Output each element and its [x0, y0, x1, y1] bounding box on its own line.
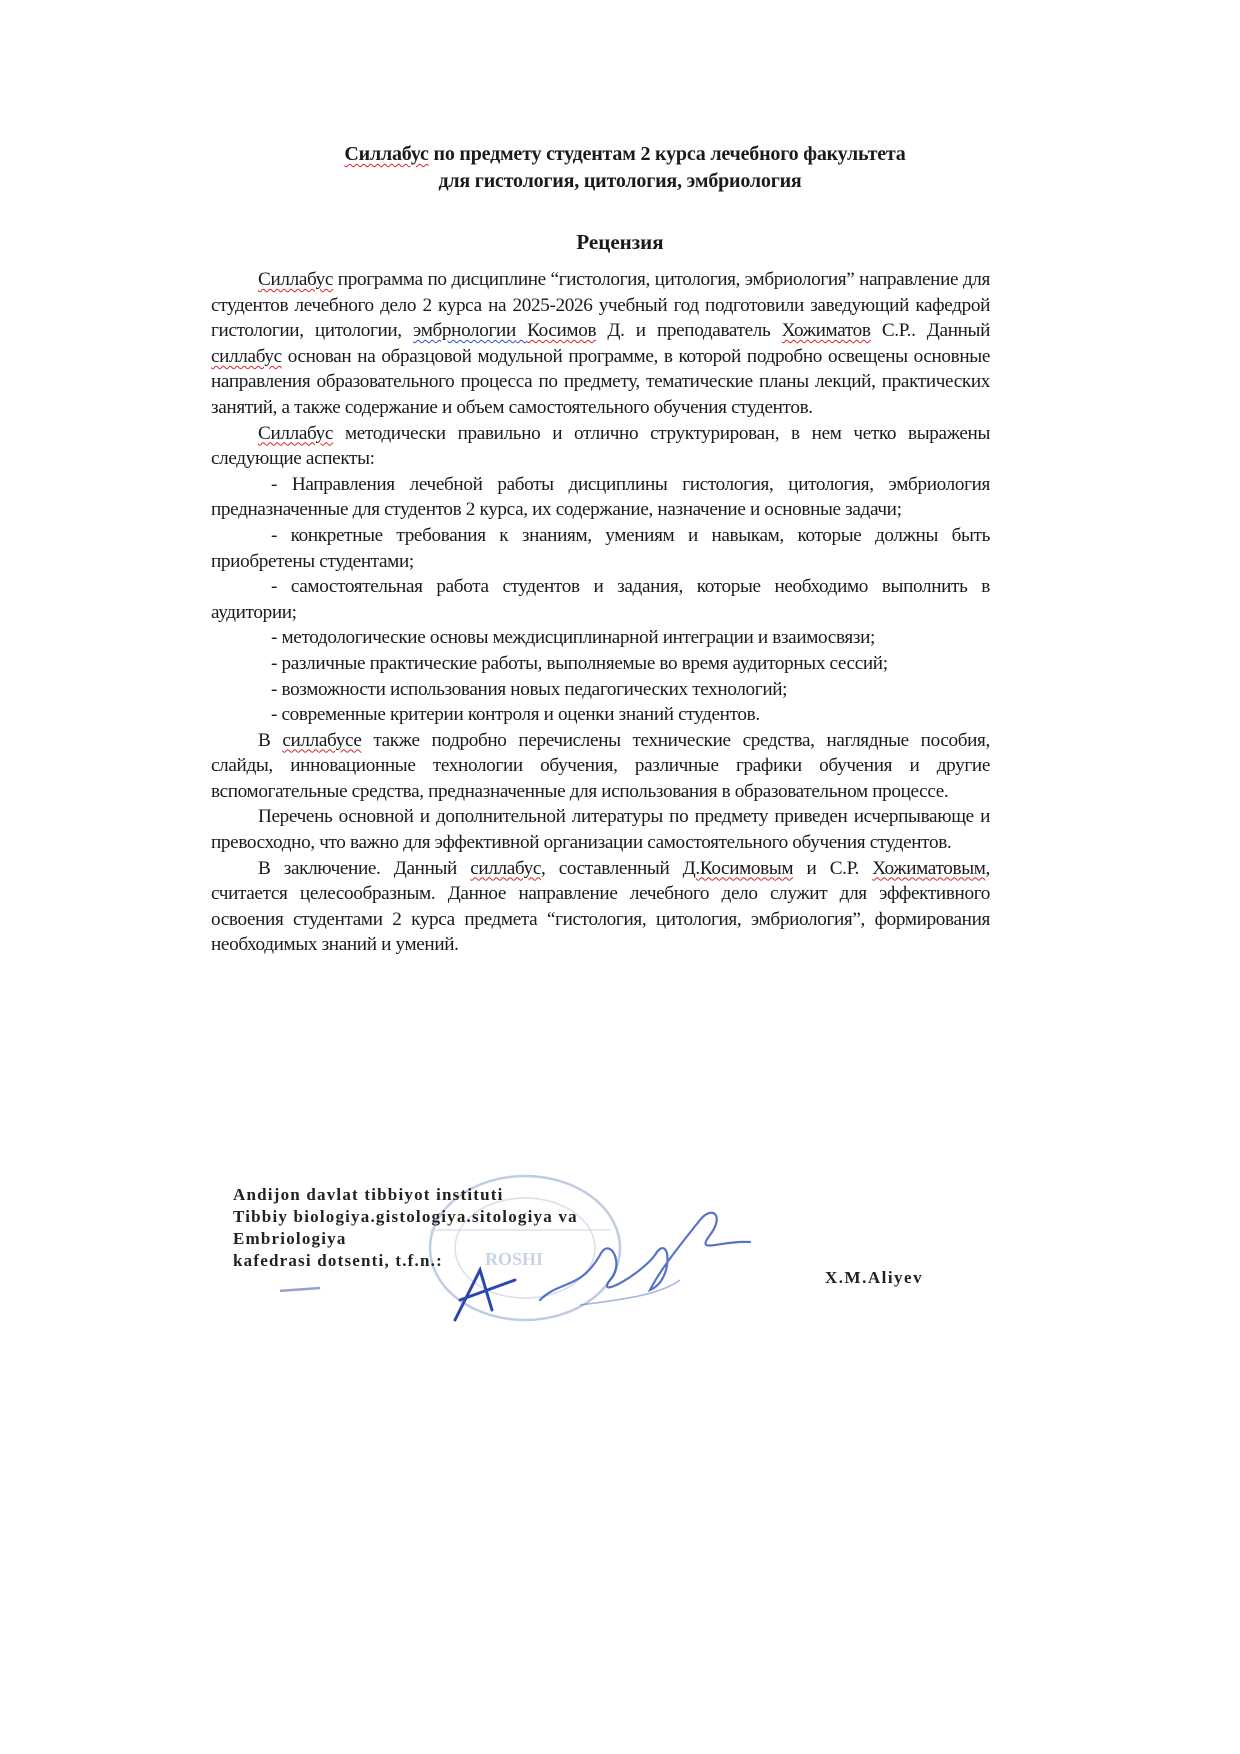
paragraph-intro: Силлабус программа по дисциплине “гистол… [211, 267, 990, 421]
paragraph-literature: Перечень основной и дополнительной литер… [211, 804, 990, 855]
title-line-2: для гистология, цитология, эмбриология [0, 168, 1240, 195]
spellcheck-flagged-word: Силлабус [344, 143, 428, 165]
spellcheck-flagged-word: Силлабус [258, 423, 333, 444]
institution-line: Andijon davlat tibbiyot instituti [233, 1184, 733, 1206]
grammar-flagged-word: эмбрнологии [413, 320, 516, 341]
list-item: - возможности использования новых педаго… [211, 677, 990, 703]
list-item: - методологические основы междисциплинар… [211, 625, 990, 651]
spellcheck-flagged-word: силлабусе [282, 730, 361, 751]
spellcheck-flagged-word: Хожиматов [782, 320, 871, 341]
paragraph-conclusion: В заключение. Данный силлабус, составлен… [211, 856, 990, 958]
spellcheck-flagged-word: Хожиматовым [872, 858, 985, 879]
document-title: Силлабус по предмету студентам 2 курса л… [0, 141, 1240, 195]
spellcheck-flagged-word: Косимов [527, 320, 596, 341]
department-line-cont: Embriologiya [233, 1228, 733, 1250]
document-page: Силлабус по предмету студентам 2 курса л… [0, 0, 1240, 1754]
list-item: - самостоятельная работа студентов и зад… [211, 574, 990, 625]
spellcheck-flagged-word: силлабус [470, 858, 541, 879]
signer-name: X.M.Aliyev [825, 1268, 923, 1288]
paragraph-structure: Силлабус методически правильно и отлично… [211, 421, 990, 472]
review-body: Силлабус программа по дисциплине “гистол… [211, 267, 990, 958]
signature-block: Andijon davlat tibbiyot instituti Tibbiy… [233, 1184, 733, 1272]
list-item: - современные критерии контроля и оценки… [211, 702, 990, 728]
spellcheck-flagged-word: Д.Косимовым [683, 858, 794, 879]
spellcheck-flagged-word: силлабус [211, 346, 282, 367]
review-heading: Рецензия [0, 228, 1240, 256]
list-item: - различные практические работы, выполня… [211, 651, 990, 677]
department-line: Tibbiy biologiya.gistologiya.sitologiya … [233, 1206, 733, 1228]
spellcheck-flagged-word: Силлабус [258, 269, 333, 290]
paragraph-resources: В силлабусе также подробно перечислены т… [211, 728, 990, 805]
position-line: kafedrasi dotsenti, t.f.n.: [233, 1250, 733, 1272]
list-item: - Направления лечебной работы дисциплины… [211, 472, 990, 523]
title-line-1: Силлабус по предмету студентам 2 курса л… [0, 141, 1240, 168]
list-item: - конкретные требования к знаниям, умени… [211, 523, 990, 574]
